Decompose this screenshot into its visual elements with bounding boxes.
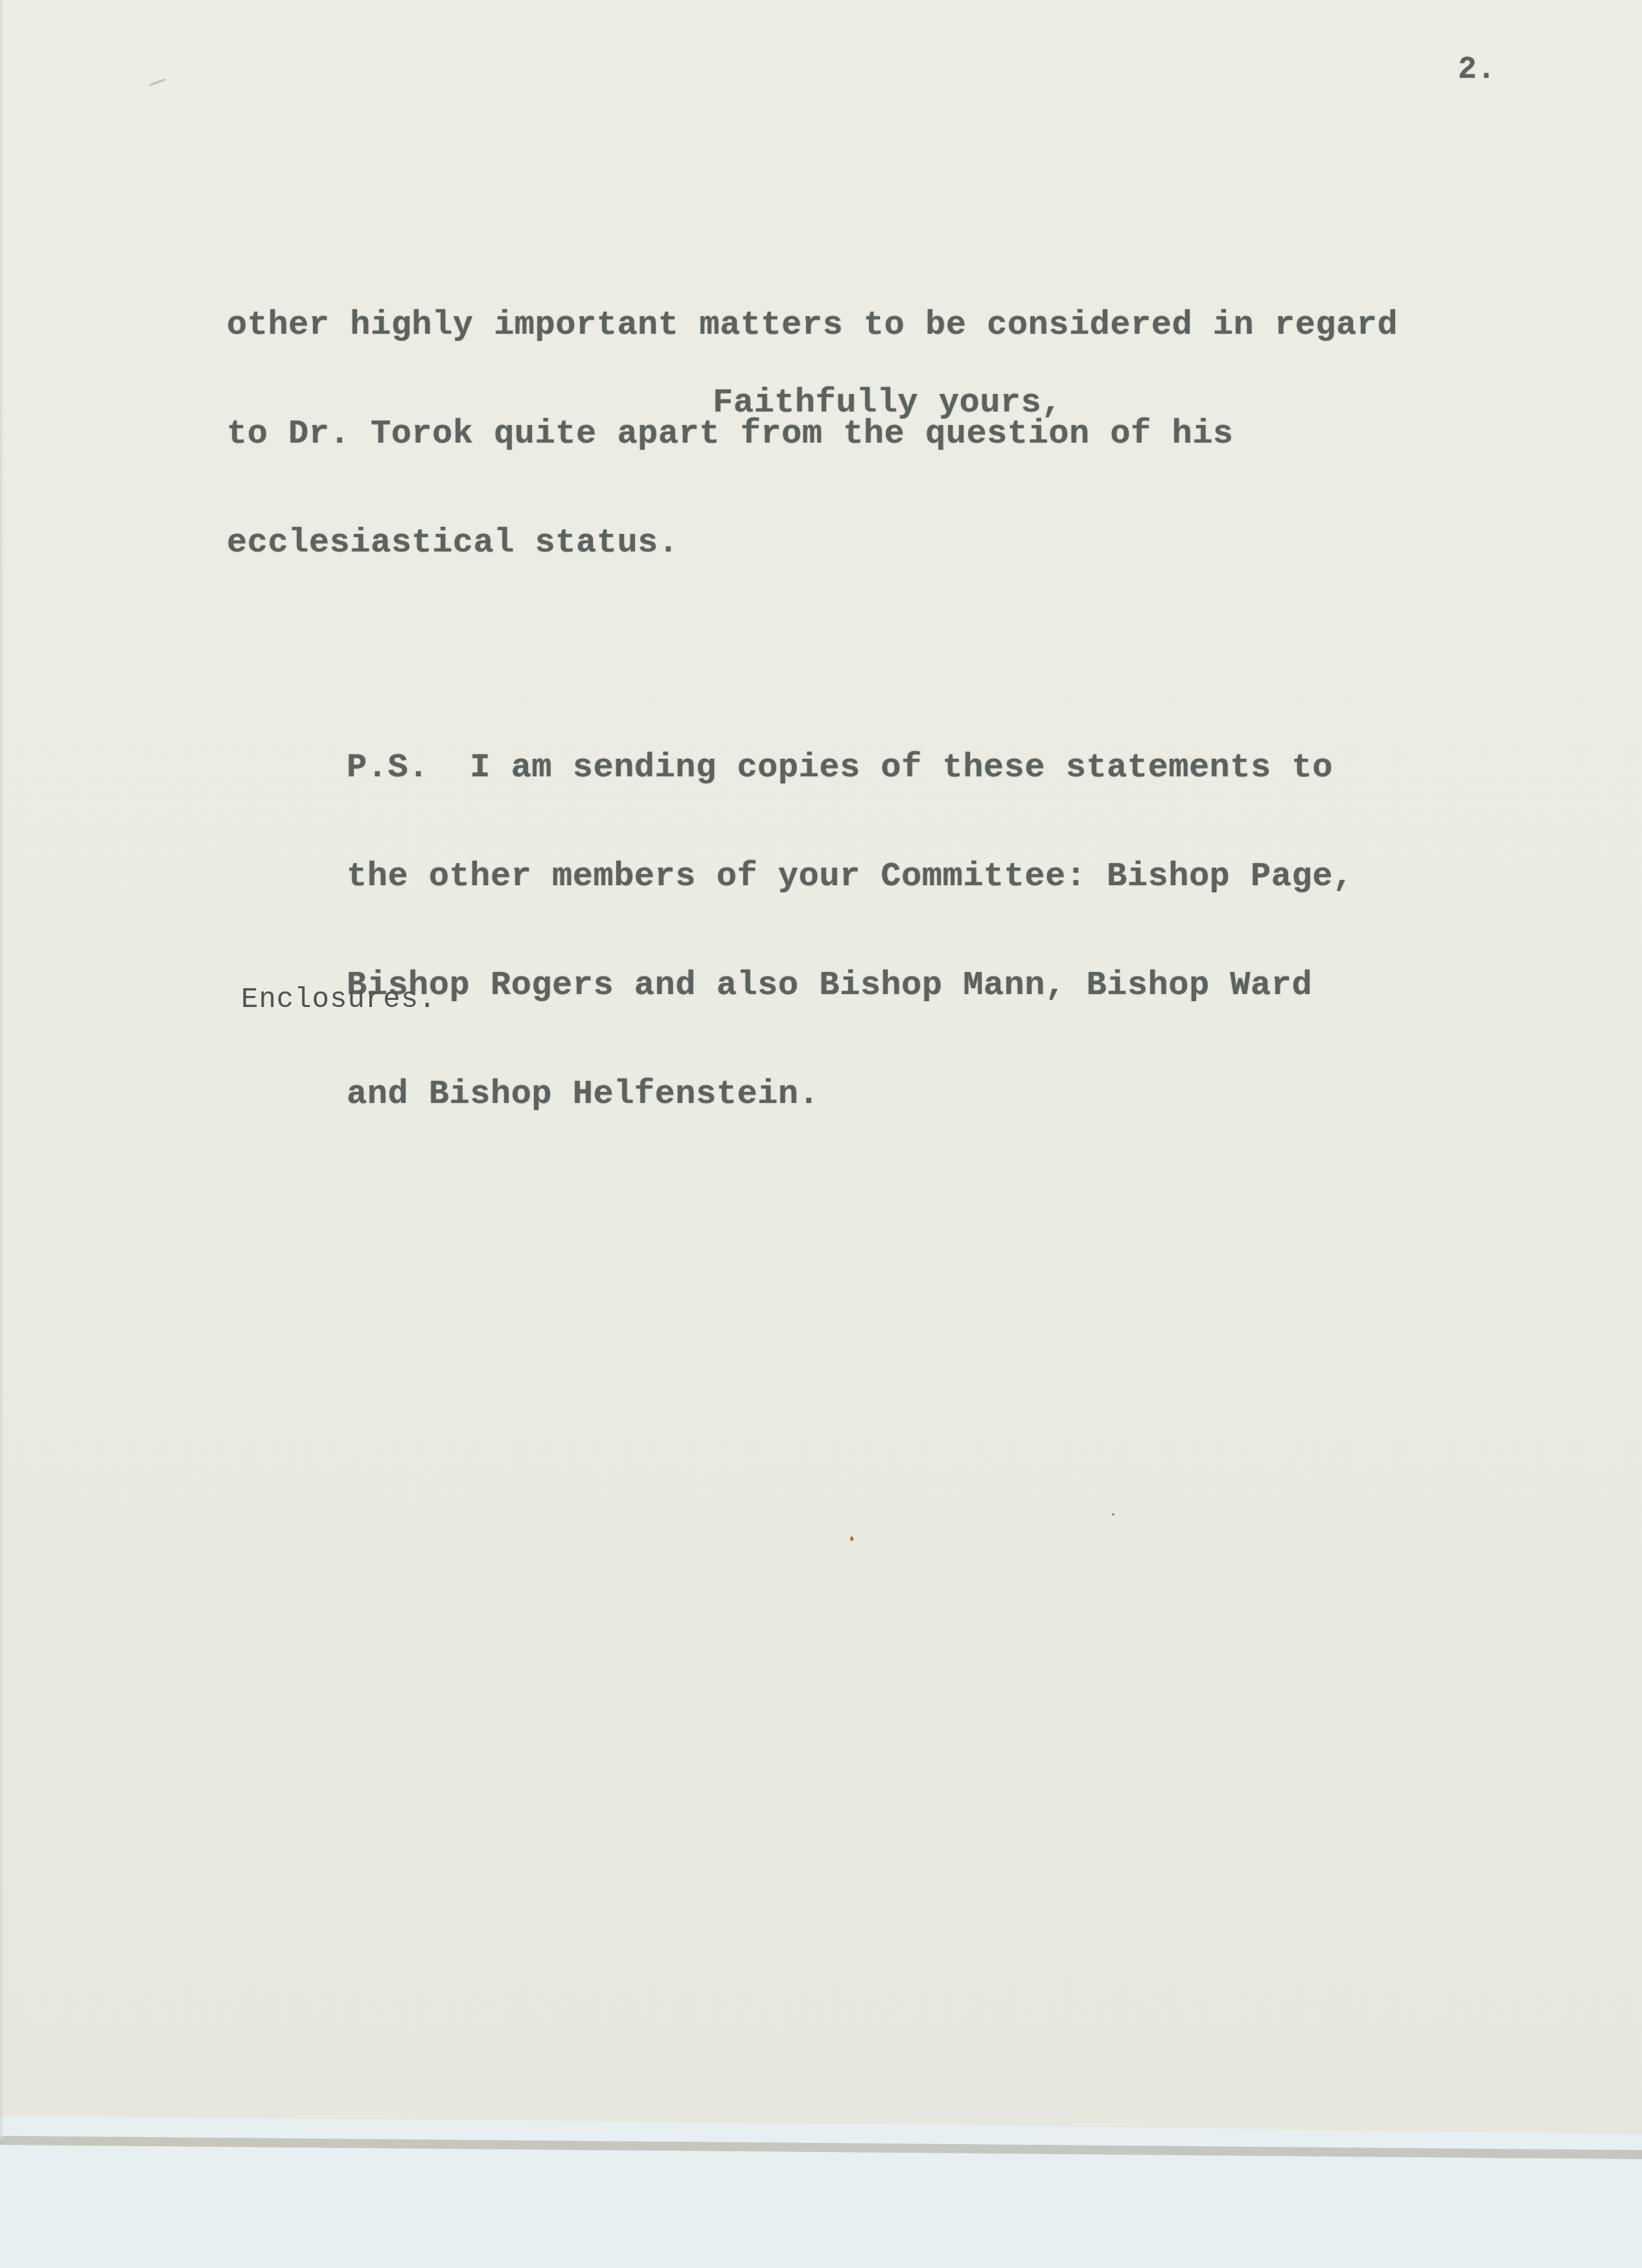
postscript-line: the other members of your Committee: Bis… [347,859,1354,895]
body-line: ecclesiastical status. [227,525,1398,561]
ink-speck [850,1536,853,1541]
postscript: P.S. I am sending copies of these statem… [347,677,1354,1149]
postscript-line: and Bishop Helfenstein. [347,1076,1354,1113]
page-number: 2. [1458,52,1496,88]
body-line: other highly important matters to be con… [227,307,1398,343]
ink-speck [1112,1513,1115,1516]
paper-left-edge [0,0,4,2138]
postscript-line: Bishop Rogers and also Bishop Mann, Bish… [347,967,1354,1004]
postscript-line: P.S. I am sending copies of these statem… [347,750,1354,786]
enclosures-note: Enclosures. [241,984,436,1016]
complimentary-closing: Faithfully yours, [713,385,1062,421]
